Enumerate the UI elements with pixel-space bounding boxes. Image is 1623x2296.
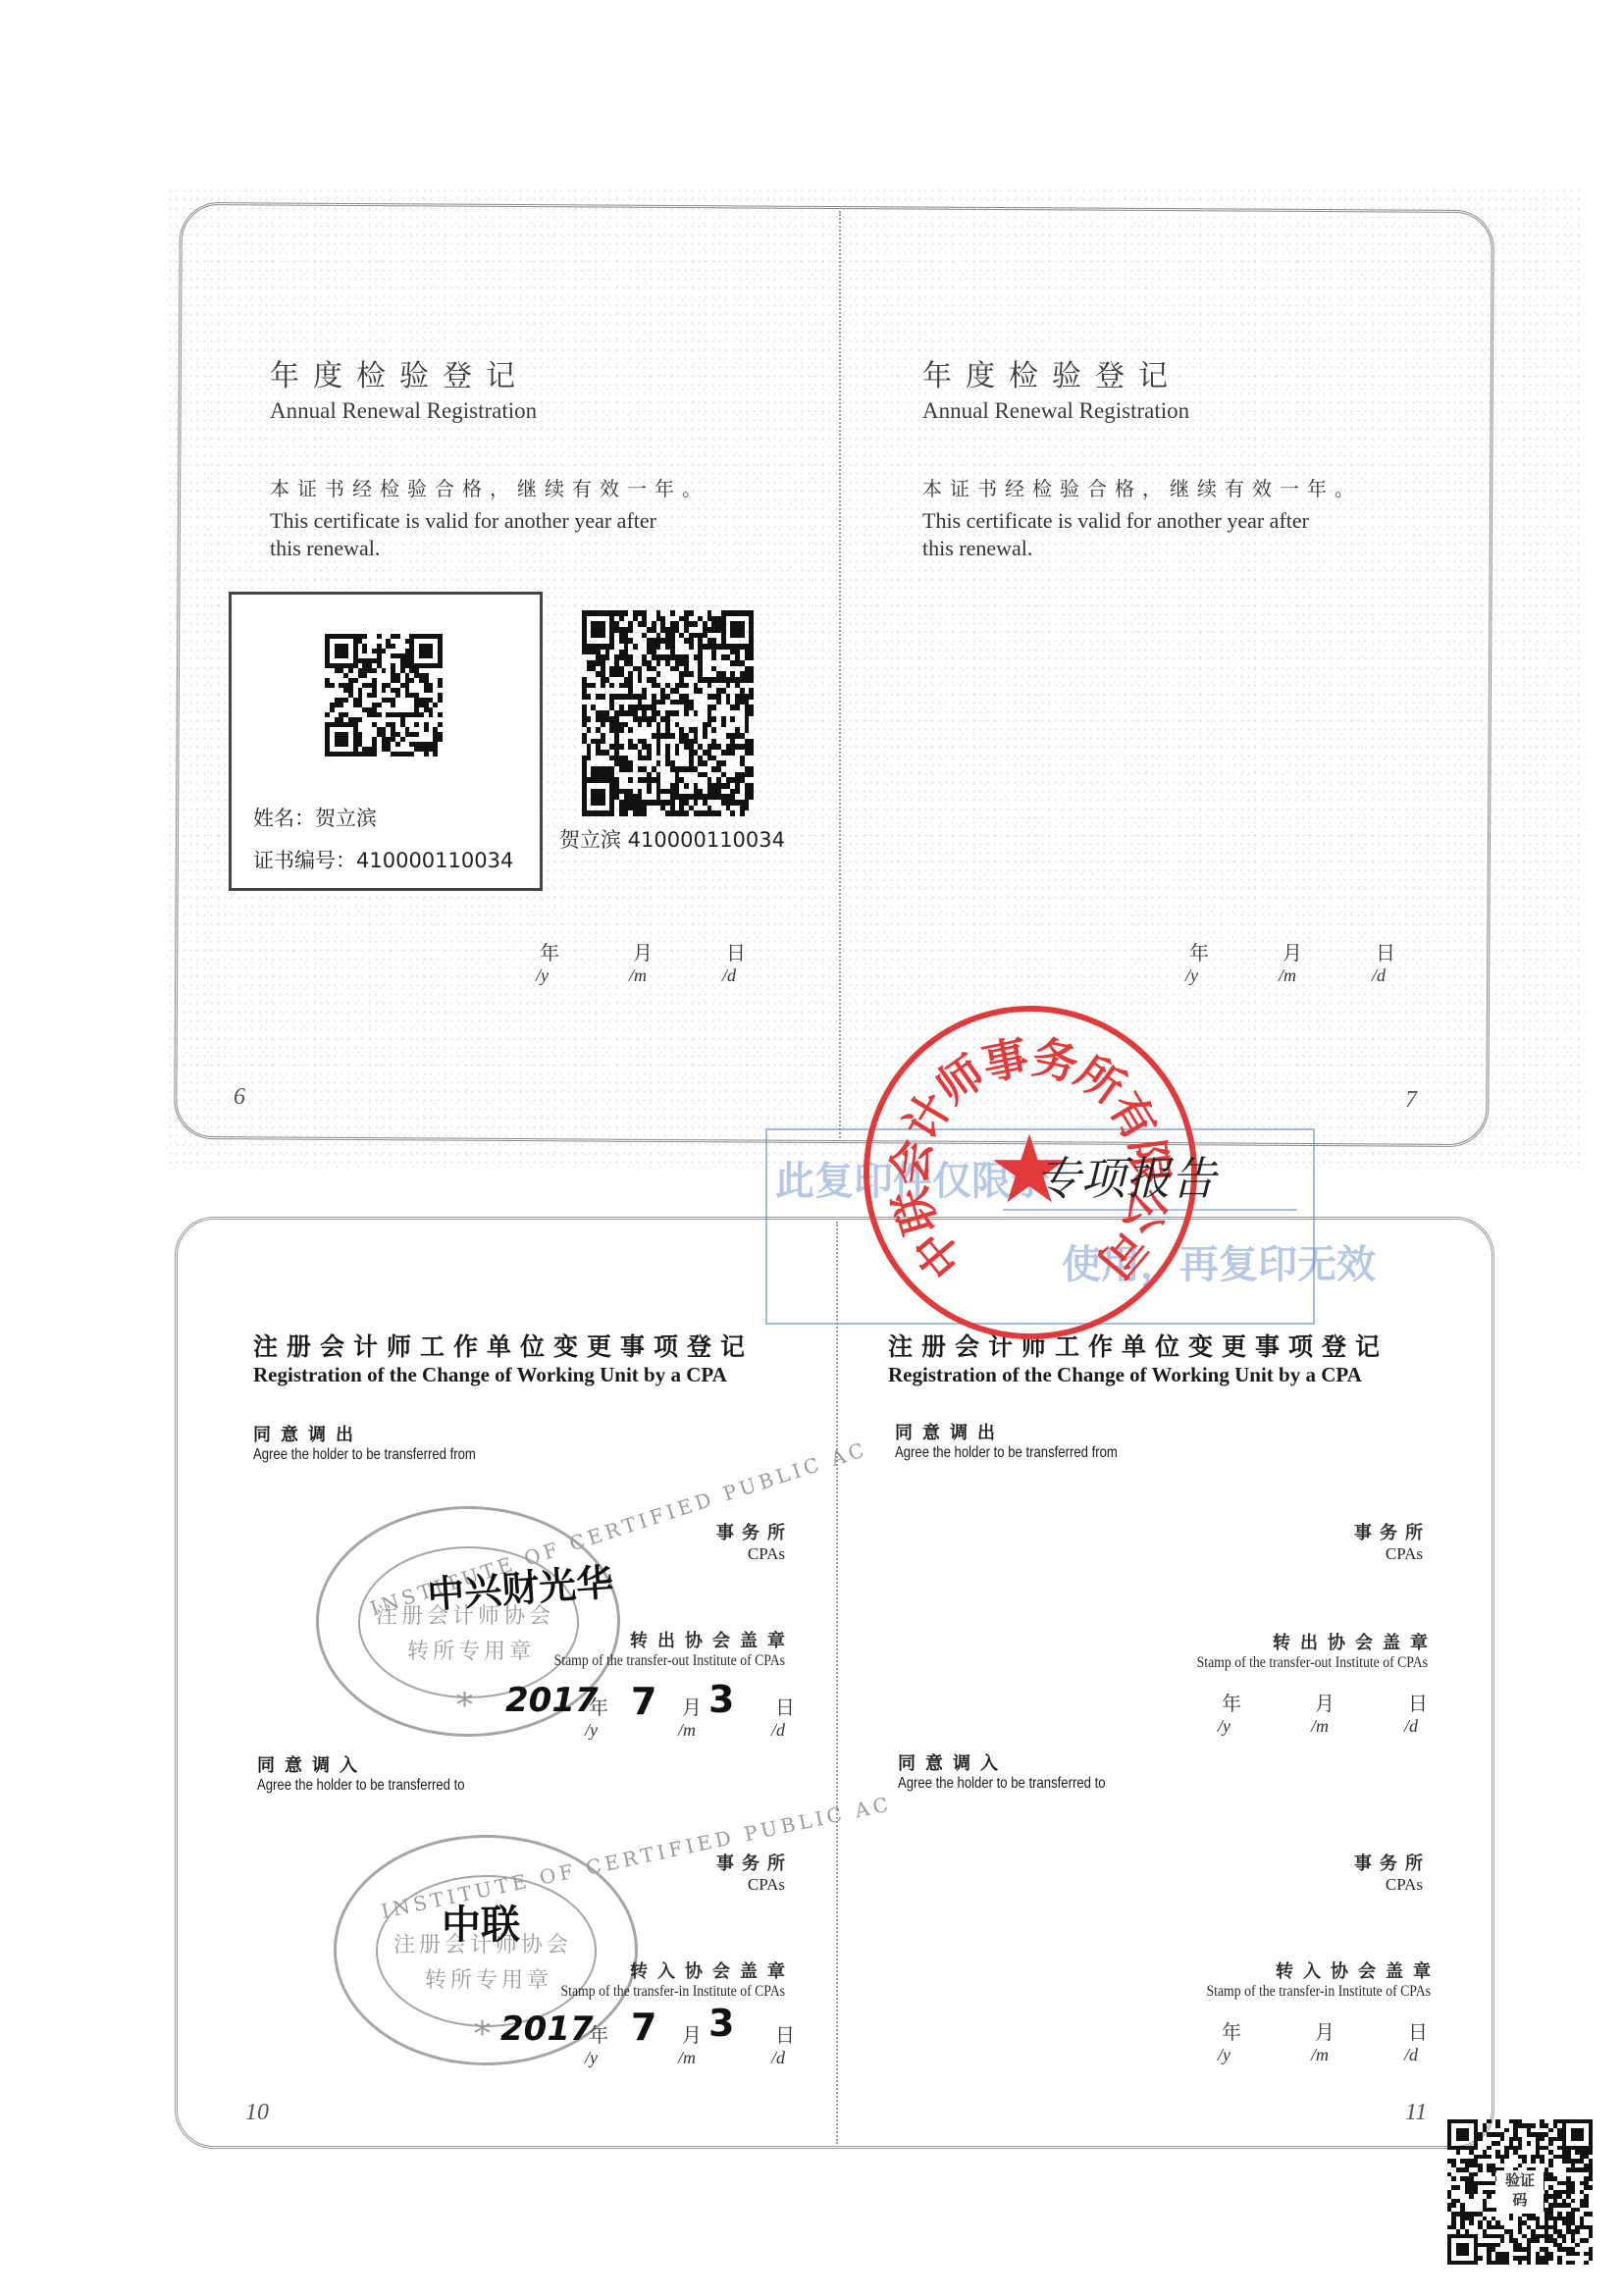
validity-text-en-line1: This certificate is valid for another ye…: [922, 507, 1362, 535]
verify-label-line1: 验证: [1496, 2170, 1544, 2190]
year-label: 年: [589, 2019, 682, 2048]
year-label-en: /y: [536, 965, 633, 986]
month-label-en: /m: [1311, 2045, 1408, 2065]
top-left-page-header: 年度检验登记 Annual Renewal Registration 本证书经检…: [270, 351, 709, 562]
year-label: 年: [1222, 1688, 1315, 1716]
stamp-label-cn: 转入协会盖章: [442, 1957, 795, 1983]
transfer-in-cpas: 事务所 CPAs: [1227, 1850, 1423, 1895]
month-label: 月: [1315, 2016, 1408, 2045]
stamp-label-cn: 转出协会盖章: [1079, 1629, 1438, 1654]
validity-text-en-line2: this renewal.: [270, 535, 709, 562]
annual-renewal-title-cn: 年度检验登记: [922, 351, 1362, 394]
transfer-out-date: 年/y 月/m 日/d: [1222, 1688, 1447, 1737]
page-number-7: 7: [1405, 1087, 1417, 1114]
validity-text-cn: 本证书经检验合格，继续有效一年。: [270, 473, 709, 501]
top-spread-spine: [839, 211, 841, 1138]
validity-text-en-line1: This certificate is valid for another ye…: [270, 507, 709, 535]
transfer-out-cpas: 事务所 CPAs: [589, 1519, 785, 1564]
cpas-label-cn: 事务所: [1227, 1850, 1431, 1875]
handwritten-year-out: 2017: [505, 1681, 599, 1720]
transfer-in-stamp-label: 转入协会盖章 Stamp of the transfer-in Institut…: [1079, 1957, 1431, 2001]
day-label-en: /d: [1404, 1716, 1447, 1737]
year-label: 年: [1189, 937, 1283, 965]
cpas-label-en: CPAs: [589, 1544, 785, 1564]
month-label-en: /m: [1279, 965, 1376, 986]
day-label: 日: [775, 1692, 814, 1720]
year-label-en: /y: [585, 2048, 682, 2068]
handwritten-year-in: 2017: [500, 2009, 594, 2049]
page-number-10: 10: [245, 2100, 269, 2126]
verification-qr-badge: 验证 码: [1496, 2170, 1544, 2214]
year-label-en: /y: [1218, 1716, 1315, 1737]
bottom-left-transfer-in: 同意调入 Agree the holder to be transferred …: [257, 1751, 510, 1795]
agree-transfer-in-cn: 同意调入: [898, 1749, 1151, 1775]
cpas-label-en: CPAs: [1227, 1544, 1423, 1564]
stamp-label-en: Stamp of the transfer-in Institute of CP…: [1128, 1983, 1431, 2001]
transfer-in-stamp-label: 转入协会盖章 Stamp of the transfer-in Institut…: [442, 1957, 785, 2001]
registration-title-en: Registration of the Change of Working Un…: [253, 1363, 754, 1387]
top-right-date: 年/y 月/m 日/d: [1189, 937, 1469, 986]
year-label: 年: [1222, 2016, 1315, 2045]
agree-transfer-out-en: Agree the holder to be transferred from: [895, 1444, 1118, 1462]
cpas-label-en: CPAs: [1227, 1875, 1423, 1895]
month-label: 月: [682, 2019, 775, 2048]
bottom-spread-spine: [836, 1222, 838, 2144]
day-label: 日: [1376, 937, 1469, 965]
annual-renewal-title-en: Annual Renewal Registration: [270, 398, 709, 424]
cpas-label-en: CPAs: [589, 1875, 785, 1895]
agree-transfer-out-cn: 同意调出: [895, 1419, 1167, 1444]
stamp-label-cn: 转入协会盖章: [1079, 1957, 1440, 1983]
stamp-label-cn: 转出协会盖章: [442, 1627, 795, 1652]
transfer-out-stamp-label: 转出协会盖章 Stamp of the transfer-out Institu…: [442, 1627, 785, 1670]
registration-title-en: Registration of the Change of Working Un…: [888, 1363, 1388, 1387]
bottom-left-transfer-out: 同意调出 Agree the holder to be transferred …: [253, 1421, 525, 1464]
agree-transfer-out-en: Agree the holder to be transferred from: [253, 1446, 476, 1464]
qr-caption: 贺立滨 410000110034: [559, 824, 785, 854]
holder-name-label: 姓名：贺立滨: [253, 803, 377, 832]
validity-text-en-line2: this renewal.: [922, 535, 1362, 562]
handwritten-purpose: 专项报告: [1035, 1143, 1216, 1208]
transfer-in-date: 年/y 月/m 日/d: [589, 2019, 814, 2068]
agree-transfer-in-en: Agree the holder to be transferred to: [257, 1777, 465, 1795]
cpas-label-cn: 事务所: [589, 1519, 793, 1544]
bottom-right-page-header: 注册会计师工作单位变更事项登记 Registration of the Chan…: [888, 1328, 1388, 1387]
page-number-11: 11: [1405, 2100, 1427, 2126]
day-label: 日: [1408, 1688, 1447, 1716]
qr-id-card: 姓名：贺立滨 证书编号：410000110034: [229, 592, 543, 891]
year-label: 年: [540, 937, 633, 965]
day-label-en: /d: [722, 965, 819, 986]
month-label-en: /m: [629, 965, 726, 986]
month-label-en: /m: [678, 1720, 775, 1741]
cpas-label-cn: 事务所: [1227, 1519, 1431, 1544]
month-label: 月: [1315, 1688, 1408, 1716]
verify-label-line2: 码: [1496, 2190, 1544, 2210]
day-label-en: /d: [771, 1720, 814, 1741]
verification-qr-code[interactable]: 验证 码: [1447, 2119, 1593, 2265]
qr-code-small: [325, 634, 443, 757]
top-right-page-header: 年度检验登记 Annual Renewal Registration 本证书经检…: [922, 351, 1362, 562]
day-label: 日: [775, 2019, 814, 2048]
oval-stamp-star: *: [456, 1686, 477, 1725]
certificate-number-label: 证书编号：410000110034: [253, 845, 513, 874]
transfer-in-cpas: 事务所 CPAs: [589, 1850, 785, 1895]
oval-stamp-star: *: [474, 2014, 495, 2054]
agree-transfer-in-cn: 同意调入: [257, 1751, 510, 1777]
month-label-en: /m: [678, 2048, 775, 2068]
top-left-date: 年/y 月/m 日/d: [540, 937, 819, 986]
day-label: 日: [1408, 2016, 1447, 2045]
stamp-label-en: Stamp of the transfer-in Institute of CP…: [490, 1983, 785, 2001]
transfer-out-stamp-label: 转出协会盖章 Stamp of the transfer-out Institu…: [1079, 1629, 1428, 1672]
validity-text-cn: 本证书经检验合格，继续有效一年。: [922, 473, 1362, 501]
registration-title-cn: 注册会计师工作单位变更事项登记: [888, 1328, 1388, 1363]
cpas-label-cn: 事务所: [589, 1850, 793, 1875]
day-label: 日: [726, 937, 819, 965]
bottom-right-transfer-in: 同意调入 Agree the holder to be transferred …: [898, 1749, 1151, 1793]
day-label-en: /d: [1372, 965, 1469, 986]
month-label: 月: [682, 1692, 775, 1720]
annual-renewal-title-en: Annual Renewal Registration: [922, 398, 1362, 424]
transfer-out-date: 年/y 月/m 日/d: [589, 1692, 814, 1741]
year-label-en: /y: [585, 1720, 682, 1741]
month-label-en: /m: [1311, 1716, 1408, 1737]
month-label: 月: [633, 937, 726, 965]
registration-title-cn: 注册会计师工作单位变更事项登记: [253, 1328, 754, 1363]
agree-transfer-out-cn: 同意调出: [253, 1421, 525, 1446]
month-label: 月: [1283, 937, 1376, 965]
qr-code-large: [582, 610, 754, 816]
annual-renewal-title-cn: 年度检验登记: [270, 351, 709, 394]
bottom-left-page-header: 注册会计师工作单位变更事项登记 Registration of the Chan…: [253, 1328, 754, 1387]
transfer-out-cpas: 事务所 CPAs: [1227, 1519, 1423, 1564]
stamp-label-en: Stamp of the transfer-out Institute of C…: [1128, 1654, 1428, 1672]
year-label-en: /y: [1185, 965, 1283, 986]
year-label-en: /y: [1218, 2045, 1315, 2065]
bottom-right-transfer-out: 同意调出 Agree the holder to be transferred …: [895, 1419, 1167, 1462]
year-label: 年: [589, 1692, 682, 1720]
transfer-in-date: 年/y 月/m 日/d: [1222, 2016, 1447, 2065]
agree-transfer-in-en: Agree the holder to be transferred to: [898, 1775, 1106, 1793]
day-label-en: /d: [1404, 2045, 1447, 2065]
page-number-6: 6: [234, 1084, 245, 1111]
stamp-label-en: Stamp of the transfer-out Institute of C…: [490, 1652, 785, 1670]
day-label-en: /d: [771, 2048, 814, 2068]
handwritten-transfer-in-firm: 中联: [442, 1894, 520, 1950]
